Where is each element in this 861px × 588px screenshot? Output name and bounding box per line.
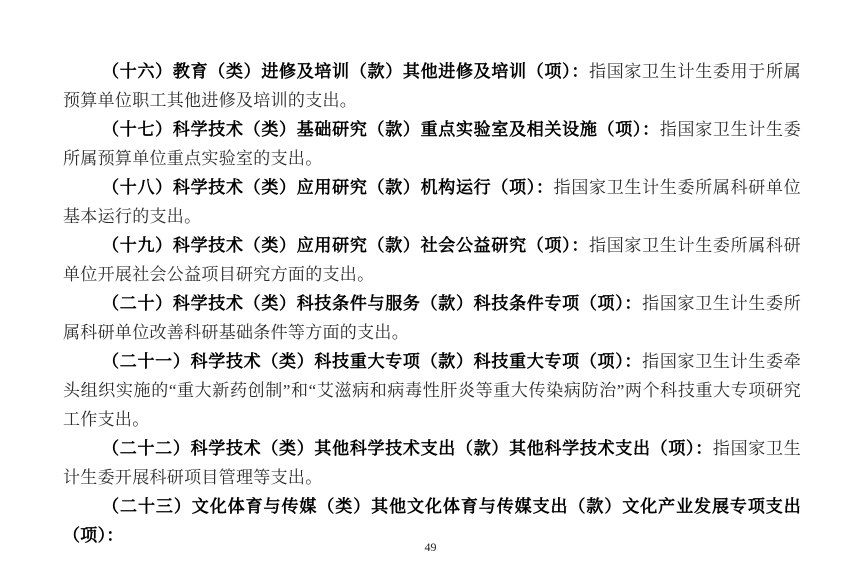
paragraph: （二十二）科学技术（类）其他科学技术支出（款）其他科学技术支出（项）：指国家卫生… — [63, 434, 801, 492]
paragraph-lead: （十七）科学技术（类）基础研究（款）重点实验室及相关设施（项）： — [102, 120, 660, 139]
document-page: （十六）教育（类）进修及培训（款）其他进修及培训（项）：指国家卫生计生委用于所属… — [63, 57, 801, 550]
paragraph: （二十一）科学技术（类）科技重大专项（款）科技重大专项（项）：指国家卫生计生委牵… — [63, 347, 801, 434]
paragraph-lead: （十六）教育（类）进修及培训（款）其他进修及培训（项）： — [102, 62, 589, 81]
page-footer: 49 — [0, 538, 861, 556]
paragraph: （十八）科学技术（类）应用研究（款）机构运行（项）：指国家卫生计生委所属科研单位… — [63, 173, 801, 231]
page-number: 49 — [425, 540, 437, 554]
paragraph-lead: （二十一）科学技术（类）科技重大专项（款）科技重大专项（项）： — [102, 352, 642, 371]
paragraph: （二十）科学技术（类）科技条件与服务（款）科技条件专项（项）：指国家卫生计生委所… — [63, 289, 801, 347]
paragraph-lead: （十九）科学技术（类）应用研究（款）社会公益研究（项）： — [102, 236, 589, 255]
paragraph: （十六）教育（类）进修及培训（款）其他进修及培训（项）：指国家卫生计生委用于所属… — [63, 57, 801, 115]
paragraph: （十七）科学技术（类）基础研究（款）重点实验室及相关设施（项）：指国家卫生计生委… — [63, 115, 801, 173]
paragraph-lead: （十八）科学技术（类）应用研究（款）机构运行（项）： — [102, 178, 554, 197]
paragraph: （十九）科学技术（类）应用研究（款）社会公益研究（项）：指国家卫生计生委所属科研… — [63, 231, 801, 289]
paragraph-lead: （二十）科学技术（类）科技条件与服务（款）科技条件专项（项）： — [102, 294, 642, 313]
paragraph-lead: （二十二）科学技术（类）其他科学技术支出（款）其他科学技术支出（项）： — [102, 439, 713, 458]
